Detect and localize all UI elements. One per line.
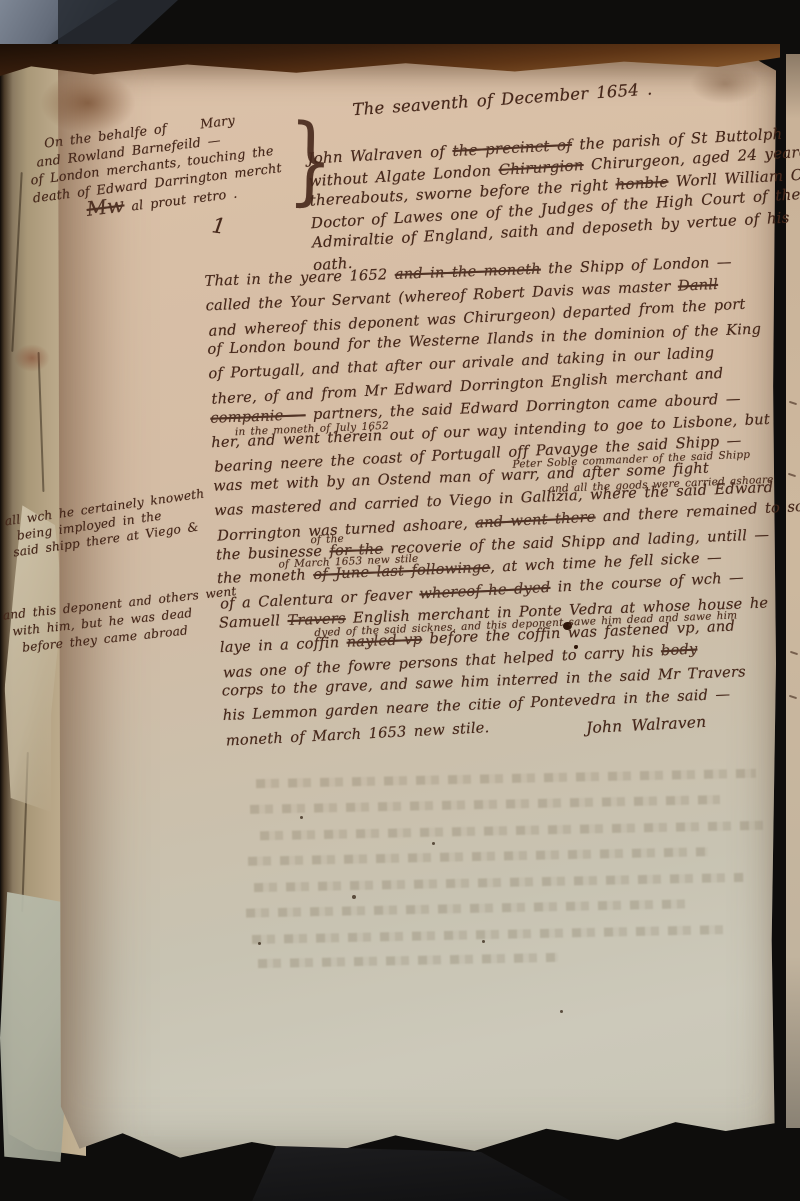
strikethrough-text: Danll <box>678 276 719 295</box>
ink-speck <box>482 940 485 943</box>
strikethrough-text: body <box>660 640 697 659</box>
stain <box>14 344 50 372</box>
line-text: the Shipp of London — <box>541 254 732 278</box>
ink-speck <box>432 842 435 845</box>
line-text: Samuell <box>219 612 288 632</box>
manuscript-photo: The seaventh of December 1654 . On the b… <box>0 0 800 1201</box>
binding-crack <box>38 352 45 492</box>
struck-flourish: Mw <box>85 192 126 220</box>
ink-speck <box>560 1010 563 1013</box>
ink-speck <box>352 895 356 899</box>
strikethrough-text: and in the moneth <box>394 261 541 283</box>
strikethrough-text: whereof he dyed <box>419 579 551 603</box>
stain <box>40 72 136 134</box>
strikethrough-text: and went there <box>475 508 596 531</box>
interline-insertion: of the <box>310 528 344 552</box>
binding-crack <box>11 172 22 352</box>
ink-speck <box>300 816 303 819</box>
strikethrough-text: Chirurgion <box>498 156 584 179</box>
ink-speck <box>258 942 261 945</box>
line-text: That in the yeare 1652 <box>204 266 395 290</box>
strikethrough-text: honble <box>615 173 669 194</box>
deposition-paragraph: That in the yeare 1652 and in the moneth… <box>204 248 800 751</box>
